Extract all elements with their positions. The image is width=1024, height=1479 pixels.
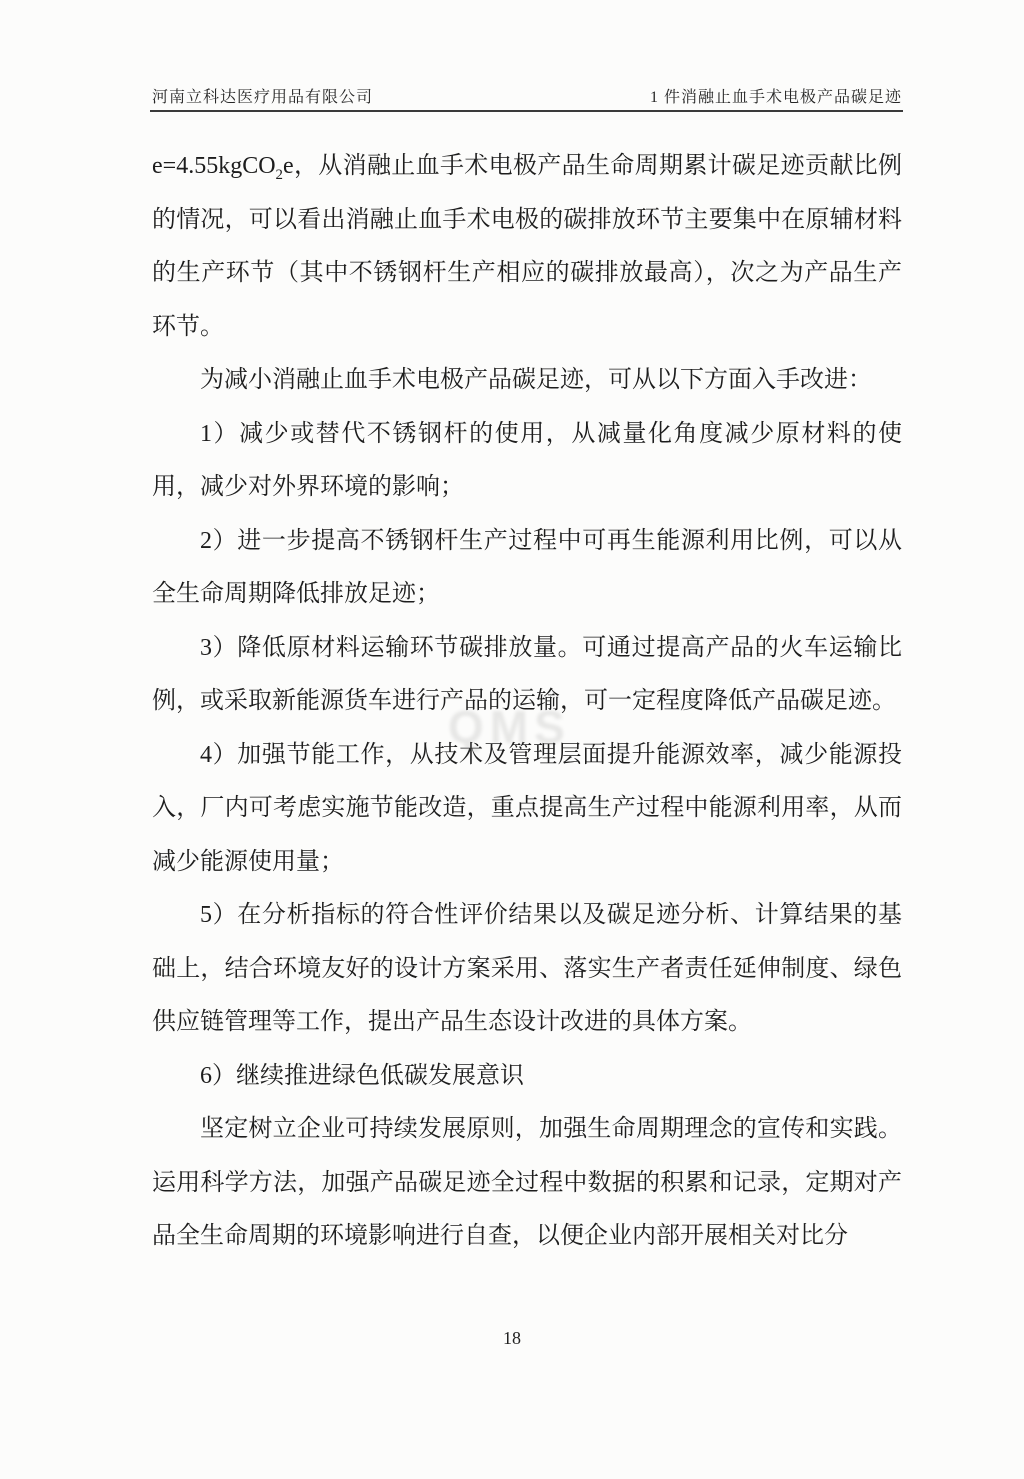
paragraph-carbon-summary: e=4.55kgCO2e，从消融止血手术电极产品生命周期累计碳足迹贡献比例的情况… — [152, 140, 902, 354]
paragraph-item-3: 3）降低原材料运输环节碳排放量。可通过提高产品的火车运输比例，或采取新能源货车进… — [152, 622, 902, 729]
co2-subscript: 2 — [276, 167, 283, 183]
page-number: 18 — [0, 1328, 1024, 1349]
document-page: 河南立科达医疗用品有限公司 1 件消融止血手术电极产品碳足迹 e=4.55kgC… — [0, 0, 1024, 1479]
header-divider — [150, 110, 903, 112]
paragraph-improvement-intro: 为减小消融止血手术电极产品碳足迹，可从以下方面入手改进： — [152, 354, 902, 408]
header-doc-title: 1 件消融止血手术电极产品碳足迹 — [650, 84, 902, 107]
paragraph-item-2: 2）进一步提高不锈钢杆生产过程中可再生能源利用比例，可以从全生命周期降低排放足迹… — [152, 515, 902, 622]
paragraph-sustainability: 坚定树立企业可持续发展原则，加强生命周期理念的宣传和实践。运用科学方法，加强产品… — [152, 1103, 902, 1264]
paragraph-item-1: 1）减少或替代不锈钢杆的使用，从减量化角度减少原材料的使用，减少对外界环境的影响… — [152, 408, 902, 515]
paragraph-item-4: 4）加强节能工作，从技术及管理层面提升能源效率，减少能源投入，厂内可考虑实施节能… — [152, 729, 902, 890]
paragraph-item-5: 5）在分析指标的符合性评价结果以及碳足迹分析、计算结果的基础上，结合环境友好的设… — [152, 889, 902, 1050]
document-body: e=4.55kgCO2e，从消融止血手术电极产品生命周期累计碳足迹贡献比例的情况… — [152, 140, 902, 1264]
paragraph-carbon-summary-text: e，从消融止血手术电极产品生命周期累计碳足迹贡献比例的情况，可以看出消融止血手术… — [152, 153, 902, 340]
header-company-name: 河南立科达医疗用品有限公司 — [152, 84, 373, 107]
paragraph-item-6: 6）继续推进绿色低碳发展意识 — [152, 1050, 902, 1104]
co2e-value-prefix: e=4.55kgCO — [152, 153, 276, 179]
page-header: 河南立科达医疗用品有限公司 1 件消融止血手术电极产品碳足迹 — [152, 84, 902, 107]
